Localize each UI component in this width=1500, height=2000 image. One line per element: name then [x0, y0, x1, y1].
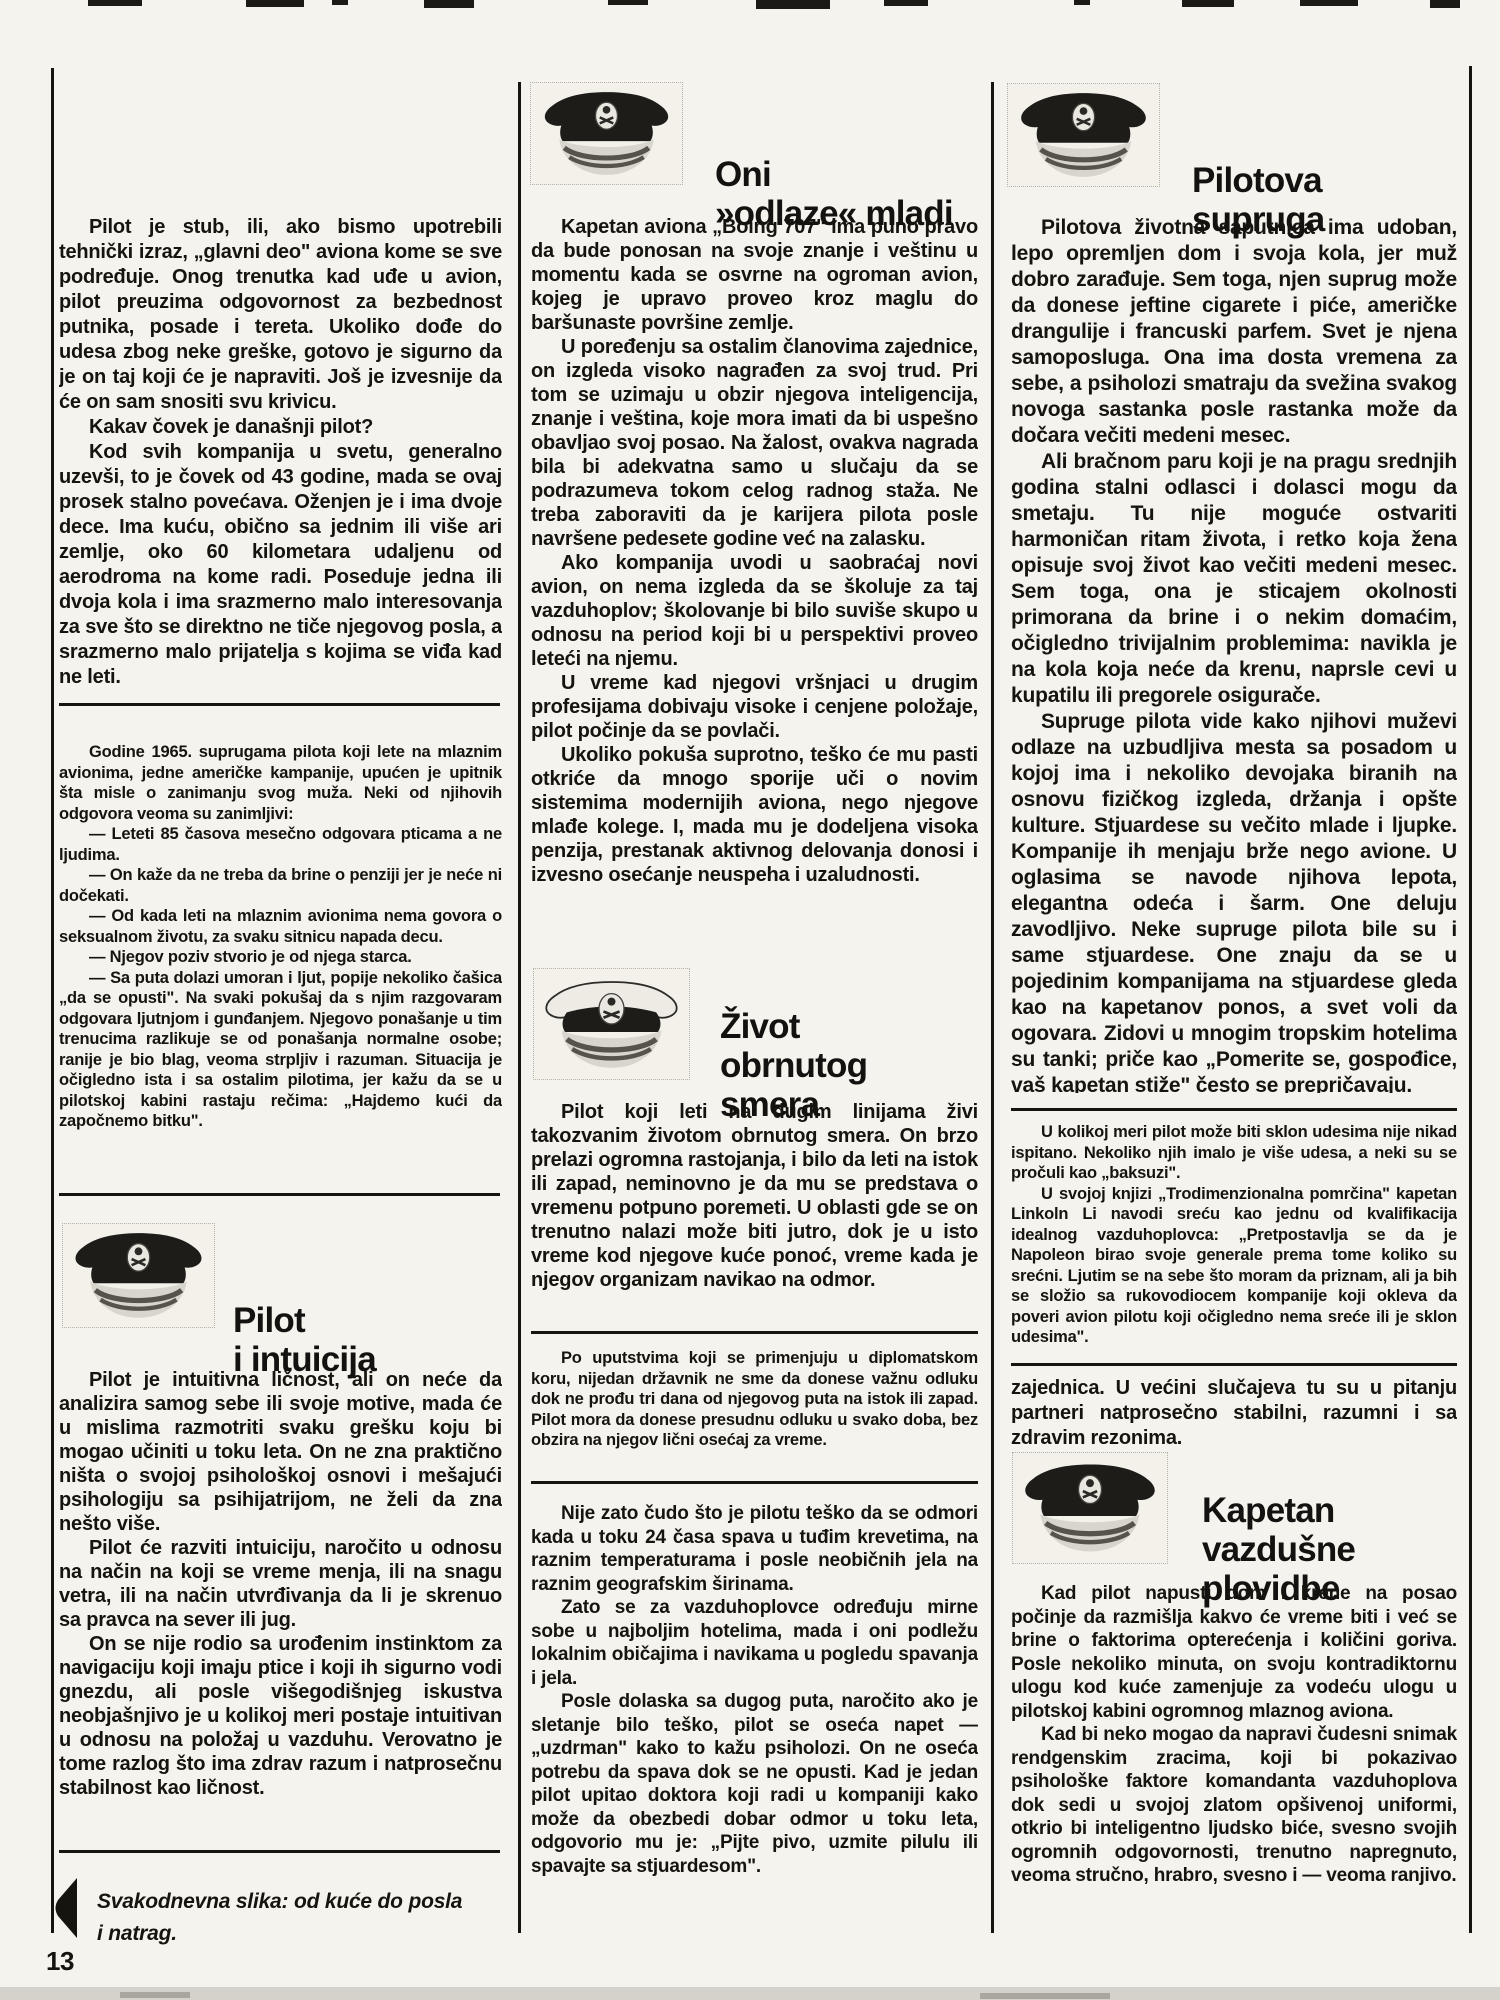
page-number: 13 — [46, 1946, 74, 1977]
paragraph: — Od kada leti na mlaznim avionima nema … — [59, 906, 502, 947]
paragraph: Ali bračnom paru koji je na pragu srednj… — [1011, 449, 1457, 709]
paragraph: U svojoj knjizi „Trodimenzionalna pomrči… — [1011, 1184, 1457, 1348]
paragraph: — Leteti 85 časova mesečno odgovara ptic… — [59, 824, 502, 865]
left-intro-text: Pilot je stub, ili, ako bismo upotrebili… — [59, 215, 502, 705]
paragraph: — On kaže da ne treba da brine o penziji… — [59, 865, 502, 906]
scan-artifact — [424, 0, 474, 8]
pilot-cap-dark-icon — [1019, 1457, 1161, 1559]
paragraph: Kod svih kompanija u svetu, generalno uz… — [59, 440, 502, 690]
scan-artifact — [1182, 0, 1234, 7]
scan-artifact — [1074, 0, 1090, 5]
paragraph: Kakav čovek je današnji pilot? — [59, 415, 502, 440]
paragraph: U poređenju sa ostalim članovima zajedni… — [531, 335, 978, 551]
paragraph: On se nije rodio sa urođenim instinktom … — [59, 1632, 502, 1800]
paragraph: Posle dolaska sa dugog puta, naročito ak… — [531, 1690, 978, 1878]
magazine-page: Pilot je stub, ili, ako bismo upotrebili… — [0, 0, 1500, 2000]
caption-line: Svakodnevna slika: od kuće do posla — [97, 1886, 497, 1918]
photo-caption: Svakodnevna slika: od kuće do posla i na… — [97, 1886, 497, 1950]
paragraph: Pilotova životna saputnica ima udoban, l… — [1011, 215, 1457, 449]
paragraph: Kad pilot napusti dom i krene na posao p… — [1011, 1582, 1457, 1723]
scan-artifact — [88, 0, 142, 6]
scan-artifact — [608, 0, 648, 5]
middle-rest-text: Nije zato čudo što je pilotu teško da se… — [531, 1502, 978, 1930]
kapetan-vazdusne-plovidbe-text: Kad pilot napusti dom i krene na posao p… — [1011, 1582, 1457, 1932]
paragraph: Po uputstvima koji se primenjuju u diplo… — [531, 1348, 978, 1451]
paragraph: Pilot koji leti na dugim linijama živi t… — [531, 1100, 978, 1292]
title-line: Kapetan — [1202, 1491, 1355, 1530]
title-line: vazdušne — [1202, 1530, 1355, 1569]
oni-odlaze-mladi-text: Kapetan aviona „Boing 707" ima puno prav… — [531, 215, 978, 950]
wives-survey-note: Godine 1965. suprugama pilota koji lete … — [59, 742, 502, 1192]
scan-artifact — [332, 0, 348, 5]
paragraph: Ukoliko pokuša suprotno, teško će mu pas… — [531, 743, 978, 887]
scan-artifact — [120, 1992, 190, 1998]
pilot-cap-photo — [62, 1223, 215, 1328]
paragraph: Godine 1965. suprugama pilota koji lete … — [59, 742, 502, 824]
section-rule — [59, 1193, 500, 1196]
paragraph: Kad bi neko mogao da napravi čudesni sni… — [1011, 1723, 1457, 1888]
paragraph: Nije zato čudo što je pilotu teško da se… — [531, 1502, 978, 1596]
paragraph: Pilot je stub, ili, ako bismo upotrebili… — [59, 215, 502, 415]
pilot-cap-light-icon — [540, 973, 683, 1075]
paragraph: zajednica. U većini slučajeva tu su u pi… — [1011, 1376, 1457, 1451]
scan-artifact — [1300, 0, 1358, 6]
zivot-obrnutog-smera-text: Pilot koji leti na dugim linijama živi t… — [531, 1100, 978, 1328]
scan-artifact — [756, 0, 830, 9]
diplomatic-note: Po uputstvima koji se primenjuju u diplo… — [531, 1348, 978, 1478]
paragraph: Pilot će razviti intuiciju, naročito u o… — [59, 1536, 502, 1632]
scan-artifact — [884, 0, 928, 6]
paragraph: — Sa puta dolazi umoran i ljut, popije n… — [59, 968, 502, 1132]
pilot-i-intuicija-text: Pilot je intuitivna ličnost, ali on neće… — [59, 1368, 502, 1848]
pilot-cap-photo — [530, 82, 683, 185]
title-line: obrnutog — [720, 1046, 867, 1085]
continuation-text: zajednica. U većini slučajeva tu su u pi… — [1011, 1376, 1457, 1456]
pilot-cap-photo — [1012, 1452, 1168, 1564]
title-line: Oni — [715, 155, 953, 194]
title-line: Život — [720, 1007, 867, 1046]
pilot-cap-dark-icon — [1014, 88, 1153, 182]
page-left-rule — [51, 68, 54, 1933]
column-divider — [518, 82, 521, 1933]
title-line: Pilot — [233, 1301, 376, 1340]
paragraph: U kolikoj meri pilot može biti sklon ude… — [1011, 1122, 1457, 1184]
scan-artifact — [980, 1993, 1110, 1999]
pilotova-supruga-text: Pilotova životna saputnica ima udoban, l… — [1011, 215, 1457, 1093]
section-rule — [531, 1481, 978, 1484]
section-rule — [59, 703, 500, 706]
scan-artifact — [0, 1987, 1500, 2000]
paragraph: Zato se za vazduhoplovce određuju mirne … — [531, 1596, 978, 1690]
captain-cap-photo — [533, 968, 690, 1080]
paragraph: U vreme kad njegovi vršnjaci u drugim pr… — [531, 671, 978, 743]
pilot-cap-dark-icon — [537, 87, 676, 180]
section-rule — [1011, 1108, 1457, 1111]
section-rule — [1011, 1363, 1457, 1366]
page-right-rule — [1469, 66, 1472, 1933]
column-divider — [991, 82, 994, 1933]
caption-line: i natrag. — [97, 1918, 497, 1950]
paragraph: Supruge pilota vide kako njihovi muževi … — [1011, 709, 1457, 1093]
paragraph: Ako kompanija uvodi u saobraćaj novi avi… — [531, 551, 978, 671]
section-rule — [531, 1331, 978, 1334]
luck-note: U kolikoj meri pilot može biti sklon ude… — [1011, 1122, 1457, 1362]
section-rule — [59, 1850, 500, 1853]
pilot-cap-dark-icon — [69, 1228, 208, 1323]
scan-artifact — [246, 0, 304, 7]
pilot-cap-photo — [1007, 83, 1160, 187]
paragraph: Pilot je intuitivna ličnost, ali on neće… — [59, 1368, 502, 1536]
scan-artifact — [1430, 0, 1460, 8]
paragraph: — Njegov poziv stvorio je od njega starc… — [59, 947, 502, 968]
paragraph: Kapetan aviona „Boing 707" ima puno prav… — [531, 215, 978, 335]
title-line: Pilotova — [1192, 161, 1324, 200]
caption-arrow-icon — [53, 1878, 77, 1938]
